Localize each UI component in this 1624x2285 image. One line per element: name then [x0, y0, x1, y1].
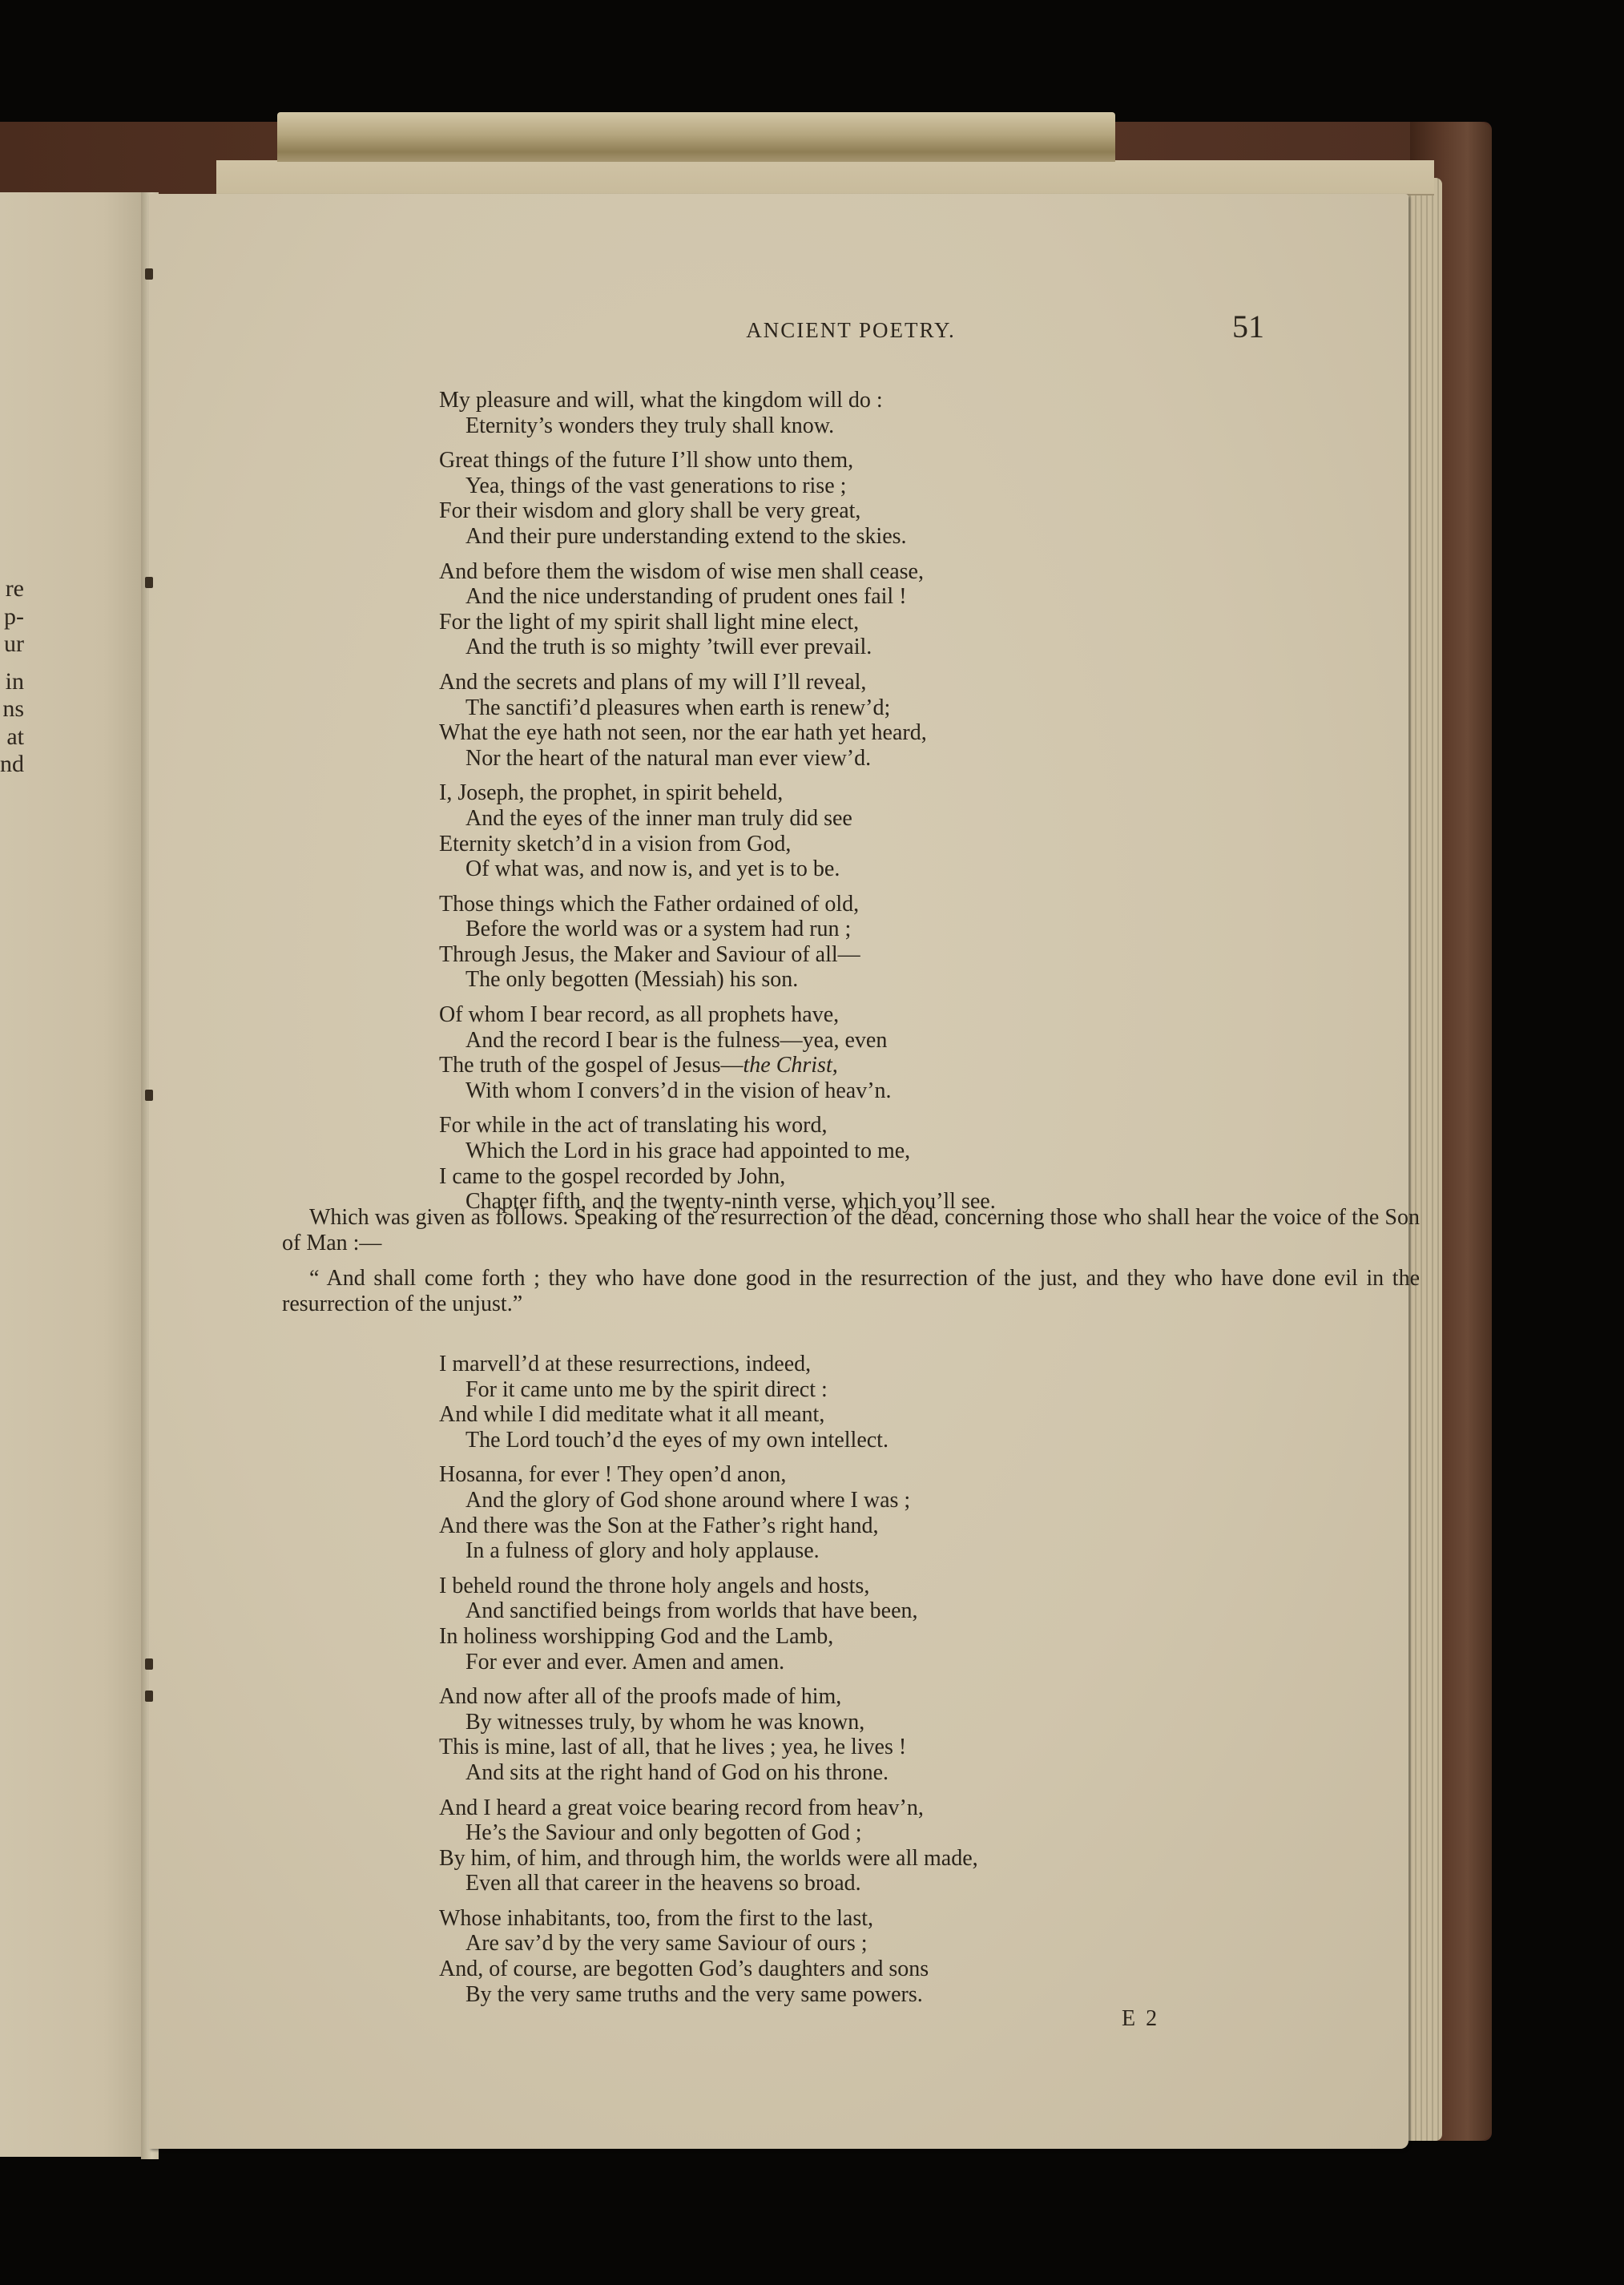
stanza: For while in the act of translating his … — [439, 1113, 1320, 1214]
stanza: And now after all of the proofs made of … — [439, 1684, 1320, 1785]
prose-quote: “ And shall come forth ; they who have d… — [282, 1266, 1420, 1316]
poem-line: In a fulness of glory and holy applause. — [439, 1538, 1320, 1564]
left-page: rep-urinnsatnd — [0, 192, 148, 2157]
stanza: Those things which the Father ordained o… — [439, 892, 1320, 993]
poem-line: What the eye hath not seen, nor the ear … — [439, 720, 1320, 746]
stanza: I beheld round the throne holy angels an… — [439, 1574, 1320, 1674]
left-page-fragment: ur — [0, 631, 24, 659]
poem-line: And there was the Son at the Father’s ri… — [439, 1513, 1320, 1539]
poem-line: And sanctified beings from worlds that h… — [439, 1598, 1320, 1624]
poem-line: And the truth is so mighty ’twill ever p… — [439, 635, 1320, 660]
poem-line: By the very same truths and the very sam… — [439, 1982, 1320, 2008]
poem-line: Yea, things of the vast generations to r… — [439, 474, 1320, 499]
poem-line: And the glory of God shone around where … — [439, 1488, 1320, 1513]
poem-line: And the secrets and plans of my will I’l… — [439, 670, 1320, 695]
poem-line: Of what was, and now is, and yet is to b… — [439, 856, 1320, 882]
poem-line: Eternity’s wonders they truly shall know… — [439, 413, 1320, 439]
running-head: ANCIENT POETRY. — [651, 318, 1051, 343]
italic-text: the Christ, — [743, 1053, 838, 1078]
poem-line: Which the Lord in his grace had appointe… — [439, 1138, 1320, 1164]
stanza: Great things of the future I’ll show unt… — [439, 448, 1320, 549]
left-page-fragment: in — [0, 668, 24, 696]
poem-line: I marvell’d at these resurrections, inde… — [439, 1352, 1320, 1377]
poem-line: For their wisdom and glory shall be very… — [439, 498, 1320, 524]
stanza: I marvell’d at these resurrections, inde… — [439, 1352, 1320, 1453]
poem-line: And I heard a great voice bearing record… — [439, 1795, 1320, 1821]
left-page-fragment: ns — [0, 695, 24, 723]
poem-line: The truth of the gospel of Jesus—the Chr… — [439, 1053, 1320, 1078]
poem-line: And while I did meditate what it all mea… — [439, 1402, 1320, 1428]
binding-nick — [145, 1090, 153, 1101]
poem-line: This is mine, last of all, that he lives… — [439, 1735, 1320, 1760]
poem-line: The sanctifi’d pleasures when earth is r… — [439, 695, 1320, 721]
poem-line: By witnesses truly, by whom he was known… — [439, 1710, 1320, 1735]
poem-line: Even all that career in the heavens so b… — [439, 1871, 1320, 1896]
poem-line: Before the world was or a system had run… — [439, 917, 1320, 942]
poem-line: And the eyes of the inner man truly did … — [439, 806, 1320, 832]
left-page-fragment: nd — [0, 751, 24, 779]
poem-line: In holiness worshipping God and the Lamb… — [439, 1624, 1320, 1650]
binding-nick — [145, 1658, 153, 1670]
poem-line: My pleasure and will, what the kingdom w… — [439, 388, 1320, 413]
poem-line: I beheld round the throne holy angels an… — [439, 1574, 1320, 1599]
poem-line: Nor the heart of the natural man ever vi… — [439, 746, 1320, 772]
poem-line: I came to the gospel recorded by John, — [439, 1164, 1320, 1190]
poem-line: Great things of the future I’ll show unt… — [439, 448, 1320, 474]
prose-intro: Which was given as follows. Speaking of … — [282, 1205, 1420, 1255]
page-top-edge — [216, 160, 1434, 195]
poem-line: Those things which the Father ordained o… — [439, 892, 1320, 917]
prose-block: Which was given as follows. Speaking of … — [282, 1205, 1420, 1316]
stanza: I, Joseph, the prophet, in spirit beheld… — [439, 780, 1320, 881]
poem-line: And their pure understanding extend to t… — [439, 524, 1320, 550]
poem-line: Of whom I bear record, as all prophets h… — [439, 1002, 1320, 1028]
folded-page-tab — [277, 112, 1115, 162]
poem-line: The Lord touch’d the eyes of my own inte… — [439, 1428, 1320, 1453]
stanza: My pleasure and will, what the kingdom w… — [439, 388, 1320, 438]
poem-line: For the light of my spirit shall light m… — [439, 610, 1320, 635]
poem-line: By him, of him, and through him, the wor… — [439, 1846, 1320, 1872]
poem-line: Hosanna, for ever ! They open’d anon, — [439, 1462, 1320, 1488]
poem-line: I, Joseph, the prophet, in spirit beheld… — [439, 780, 1320, 806]
poem-line: Eternity sketch’d in a vision from God, — [439, 832, 1320, 857]
binding-nick — [145, 577, 153, 588]
stanza: And before them the wisdom of wise men s… — [439, 559, 1320, 660]
poem-line: With whom I convers’d in the vision of h… — [439, 1078, 1320, 1104]
binding-nick — [145, 1691, 153, 1702]
poem-line: And, of course, are begotten God’s daugh… — [439, 1957, 1320, 1982]
poem-line: And now after all of the proofs made of … — [439, 1684, 1320, 1710]
stanza: Of whom I bear record, as all prophets h… — [439, 1002, 1320, 1103]
poem-line: And before them the wisdom of wise men s… — [439, 559, 1320, 585]
left-page-fragment: p- — [0, 603, 24, 631]
left-page-fragment: at — [0, 723, 24, 752]
poem-line: Through Jesus, the Maker and Saviour of … — [439, 942, 1320, 968]
poem-line: For it came unto me by the spirit direct… — [439, 1377, 1320, 1403]
binding-nick — [145, 268, 153, 280]
poem-line: And the record I bear is the fulness—yea… — [439, 1028, 1320, 1054]
stanza: And I heard a great voice bearing record… — [439, 1795, 1320, 1896]
left-page-text-fragments: rep-urinnsatnd — [0, 575, 24, 779]
poem-part-2: I marvell’d at these resurrections, inde… — [439, 1352, 1320, 2017]
stanza: Whose inhabitants, too, from the first t… — [439, 1906, 1320, 2007]
poem-line: Are sav’d by the very same Saviour of ou… — [439, 1931, 1320, 1957]
left-page-fragment — [0, 659, 24, 668]
poem-line: Whose inhabitants, too, from the first t… — [439, 1906, 1320, 1932]
poem-line: For while in the act of translating his … — [439, 1113, 1320, 1138]
stanza: And the secrets and plans of my will I’l… — [439, 670, 1320, 771]
left-page-fragment: re — [0, 575, 24, 603]
poem-line: For ever and ever. Amen and amen. — [439, 1650, 1320, 1675]
poem-line: And the nice understanding of prudent on… — [439, 584, 1320, 610]
signature-mark: E 2 — [1122, 2006, 1159, 2032]
page-number: 51 — [1232, 308, 1264, 345]
poem-line: The only begotten (Messiah) his son. — [439, 967, 1320, 993]
poem-line: And sits at the right hand of God on his… — [439, 1760, 1320, 1786]
stanza: Hosanna, for ever ! They open’d anon,And… — [439, 1462, 1320, 1563]
poem-line: He’s the Saviour and only begotten of Go… — [439, 1820, 1320, 1846]
right-page: ANCIENT POETRY. 51 My pleasure and will,… — [149, 194, 1408, 2149]
poem-part-1: My pleasure and will, what the kingdom w… — [439, 388, 1320, 1224]
